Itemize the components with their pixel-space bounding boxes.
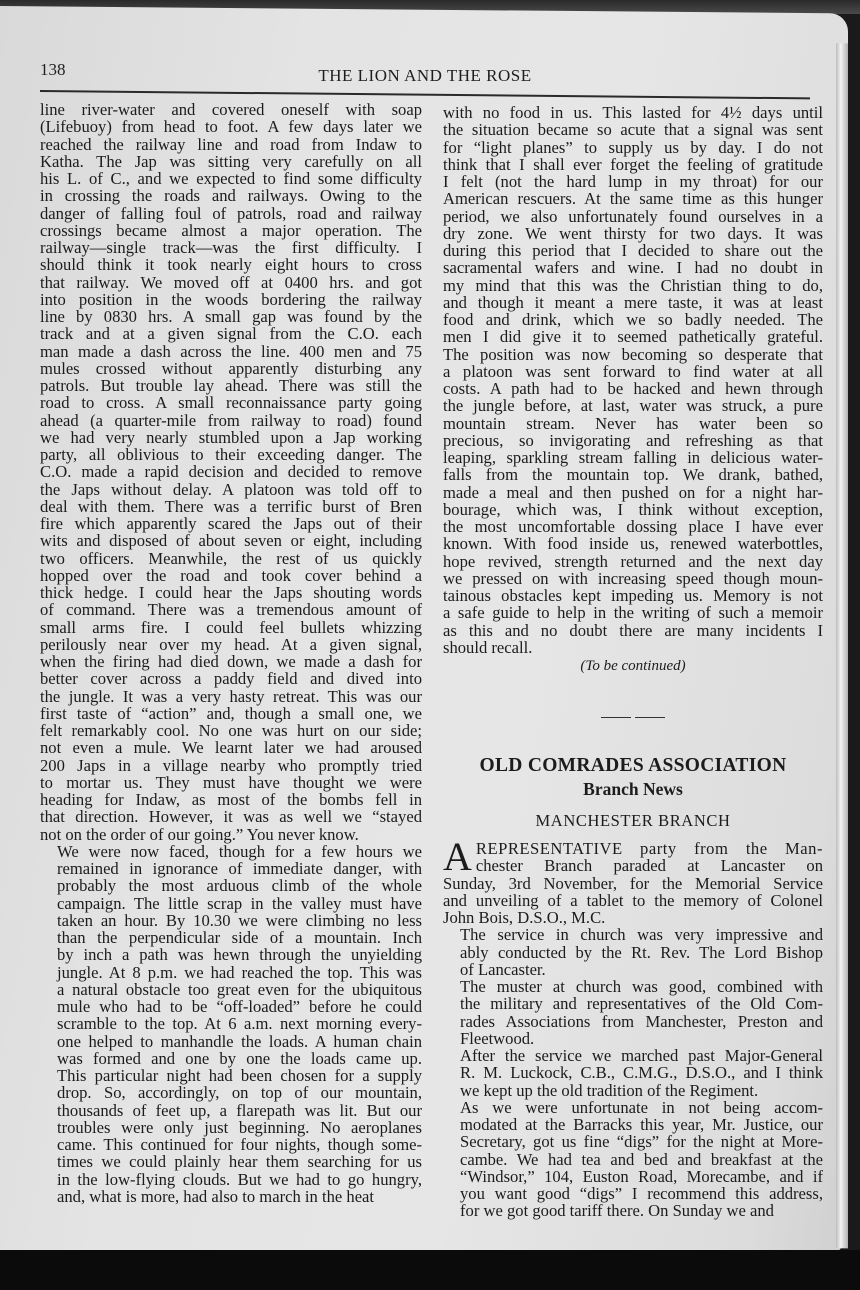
text-line: The muster at church was good, combined … [443,978,823,995]
text-line: with no food in us. This lasted for 4½ d… [443,104,823,121]
text-line: (Lifebuoy) from head to foot. A few days… [40,118,422,135]
text-line: not even a mule. We learnt later we had … [40,739,422,756]
text-line: the military and representatives of the … [443,995,823,1012]
text-line: The service in church was very impressiv… [443,926,823,943]
text-line: deal with them. There was a terrific bur… [40,498,422,515]
text-line: when the firing had died down, we made a… [40,653,422,670]
text-line: made a meal and then pushed on for a nig… [443,484,823,501]
text-line: bourage, which was, I think without exce… [443,501,823,518]
text-line: troubles were only just beginning. No ae… [40,1119,422,1136]
text-line: of command. There was a tremendous amoun… [40,601,422,618]
news-paragraph: The muster at church was good, combined … [443,978,823,1047]
text-line: C.O. made a rapid decision and decided t… [40,463,422,480]
text-line: hopped over the road and took cover behi… [40,567,422,584]
running-title: THE LION AND THE ROSE [40,66,810,86]
to-be-continued-note: (To be continued) [443,658,823,675]
text-line: “Windsor,” 104, Euston Road, Morecambe, … [443,1168,823,1185]
text-line: two officers. Meanwhile, the rest of us … [40,550,422,567]
scan-bottom-shadow [0,1250,860,1290]
page-edge [836,43,848,1248]
text-line: costs. A path had to be hacked and hewn … [443,380,823,397]
text-line: dry zone. We went thirsty for two days. … [443,225,823,242]
text-line: track and at a given signal from the C.O… [40,325,422,342]
text-line: wits and disposed of about seven or eigh… [40,532,422,549]
text-line: As we were unfortunate in not being acco… [443,1099,823,1116]
article-paragraph: We were now faced, though for a few hour… [40,843,422,1205]
text-line: R. M. Luckock, C.B., C.M.G., D.S.O., and… [443,1064,823,1081]
text-line: we kept up the old tradition of the Regi… [443,1082,823,1099]
text-line: food and drink, which we so badly needed… [443,311,823,328]
text-line: that direction. However, it was as well … [40,808,422,825]
text-line: a platoon was sent forward to find water… [443,363,823,380]
text-line: period, we also unfortunately found ours… [443,208,823,225]
text-line: for we got good tariff there. On Sunday … [443,1202,823,1219]
right-column: with no food in us. This lasted for 4½ d… [443,104,823,1220]
text-line: Katha. The Jap was sitting very carefull… [40,153,422,170]
text-line: remained in ignorance of immediate dange… [40,860,422,877]
text-line: drop. So, accordingly, on top of our mou… [40,1084,422,1101]
text-line: danger of falling foul of patrols, road … [40,205,422,222]
text-line: hope revived, strength returned and the … [443,553,823,570]
text-line: I felt (not the hard lump in my throat) … [443,173,823,190]
section-subtitle: Branch News [443,781,823,798]
text-line: American rescuers. At the same time as t… [443,190,823,207]
text-line: thick hedge. I could hear the Japs shout… [40,584,422,601]
section-divider [601,717,665,719]
text-line: line river-water and covered oneself wit… [40,101,422,118]
text-line: we had very nearly stumbled upon a Jap w… [40,429,422,446]
text-line: chester Branch paraded at Lancaster on [443,857,823,874]
text-line: the Japs without delay. A platoon was to… [40,481,422,498]
text-line: leaping, sparkling stream falling in del… [443,449,823,466]
text-line: sacramental wafers and wine. I had no do… [443,259,823,276]
text-line: modated at the Barracks this year, Mr. J… [443,1116,823,1133]
text-line: times we could plainly hear them searchi… [40,1153,422,1170]
text-line: you want good “digs” I recommend this ad… [443,1185,823,1202]
text-line: by inch a path was hewn through the unyi… [40,946,422,963]
branch-heading: MANCHESTER BRANCH [443,812,823,829]
text-line: reached the railway line and road from I… [40,136,422,153]
text-line: a safe guide to help in the writing of s… [443,604,823,621]
text-line: of Lancaster. [443,961,823,978]
text-line: the situation became so acute that a sig… [443,121,823,138]
text-line: ably conducted by the Rt. Rev. The Lord … [443,944,823,961]
text-line: in the low-flying clouds. But we had to … [40,1171,422,1188]
news-paragraph: The service in church was very impressiv… [443,926,823,978]
news-paragraph: After the service we marched past Major-… [443,1047,823,1099]
text-line: line by 0830 hrs. A small gap was found … [40,308,422,325]
text-line: 200 Japs in a village nearby who promptl… [40,757,422,774]
text-line: patrols. But trouble lay ahead. There wa… [40,377,422,394]
text-line: probably the most arduous climb of the w… [40,877,422,894]
left-column: line river-water and covered oneself wit… [40,101,422,1205]
text-line: for “light planes” to supply us by day. … [443,139,823,156]
text-line: The position was now becoming so despera… [443,346,823,363]
page-header: 138 THE LION AND THE ROSE [40,58,810,90]
text-line: jungle. At 8 p.m. we had reached the top… [40,964,422,981]
text-line: and though it meant a mere taste, it was… [443,294,823,311]
news-paragraph: As we were unfortunate in not being acco… [443,1099,823,1220]
text-line: in crossing the roads and railways. Owin… [40,187,422,204]
text-line: and, what is more, had also to march in … [40,1188,422,1205]
text-line: fire which apparently scared the Japs ou… [40,515,422,532]
article-paragraph: with no food in us. This lasted for 4½ d… [443,104,823,656]
text-line: the jungle. It was a very hasty retreat.… [40,688,422,705]
text-line: was formed and one by one the loads came… [40,1050,422,1067]
text-line: After the service we marched past Major-… [443,1047,823,1064]
text-line: a natural obstacle too great even for th… [40,981,422,998]
news-paragraph: A REPRESENTATIVE party from the Man-ches… [443,840,823,926]
text-line: the most uncomfortable dossing place I h… [443,518,823,535]
text-line: than the perpendicular side of a mountai… [40,929,422,946]
text-line: John Bois, D.S.O., M.C. [443,909,823,926]
text-line: his L. of C., and we expected to find so… [40,170,422,187]
text-line: cambe. We had tea and bed and breakfast … [443,1151,823,1168]
drop-cap: A [443,841,472,873]
text-line: came. This continued for four nights, th… [40,1136,422,1153]
text-line: and unveiling of a tablet to the memory … [443,892,823,909]
text-line: scramble to the top. At 6 a.m. next morn… [40,1015,422,1032]
text-line: felt remarkably cool. No one was hurt on… [40,722,422,739]
text-line: during this period that I decided to sha… [443,242,823,259]
article-paragraph: line river-water and covered oneself wit… [40,101,422,843]
text-line: the jungle before, at last, water was st… [443,397,823,414]
text-line: Sunday, 3rd November, for the Memorial S… [443,875,823,892]
text-line: rades Associations from Manchester, Pres… [443,1013,823,1030]
text-line: party, all oblivious to their exceeding … [40,446,422,463]
text-line: We were now faced, though for a few hour… [40,843,422,860]
text-line: better cover across a paddy field and di… [40,670,422,687]
text-line: heading for Indaw, as most of the bombs … [40,791,422,808]
text-line: not on the order of our going.” You neve… [40,826,422,843]
text-line: my mind that this was the Christian thin… [443,277,823,294]
text-line: railway—single track—was the first diffi… [40,239,422,256]
text-line: men I did give it to seemed pathetically… [443,328,823,345]
text-line: that railway. We moved off at 0400 hrs. … [40,274,422,291]
text-line: to mortar us. They must have thought we … [40,774,422,791]
text-line: Fleetwood. [443,1030,823,1047]
text-line: into position in the woods bordering the… [40,291,422,308]
text-line: mules crossed without apparently disturb… [40,360,422,377]
text-line: should think it took nearly eight hours … [40,256,422,273]
text-line: Secretary, got us fine “digs” for the ni… [443,1133,823,1150]
text-line: REPRESENTATIVE party from the Man- [443,840,823,857]
text-line: thousands of feet up, a flarepath was li… [40,1102,422,1119]
text-line: precious, so invigorating and refreshing… [443,432,823,449]
text-line: crossings became almost a major operatio… [40,222,422,239]
text-line: man made a dash across the line. 400 men… [40,343,422,360]
text-line: perilously near over my head. At a given… [40,636,422,653]
text-line: we pressed on with increasing speed thou… [443,570,823,587]
text-line: mountain stream. Never has water been so [443,415,823,432]
text-line: falls from the mountain top. We drank, b… [443,466,823,483]
text-line: This particular night had been chosen fo… [40,1067,422,1084]
section-title: OLD COMRADES ASSOCIATION [443,757,823,774]
text-line: should recall. [443,639,823,656]
text-line: first taste of “action” and, though a sm… [40,705,422,722]
text-line: mule who had to be “off-loaded” before h… [40,998,422,1015]
text-line: as this and no doubt there are many inci… [443,622,823,639]
text-line: campaign. The little scrap in the valley… [40,895,422,912]
text-line: ahead (a quarter-mile from railway to ro… [40,412,422,429]
text-line: road to cross. A small reconnaissance pa… [40,394,422,411]
text-line: taken an hour. By 10.30 we were climbing… [40,912,422,929]
text-line: one helped to manhandle the loads. A hum… [40,1033,422,1050]
text-line: think that I shall ever forget the feeli… [443,156,823,173]
text-line: known. With food inside us, renewed wate… [443,535,823,552]
text-line: small arms fire. I could feel bullets wh… [40,619,422,636]
text-line: tainous obstacles kept impeding us. Memo… [443,587,823,604]
